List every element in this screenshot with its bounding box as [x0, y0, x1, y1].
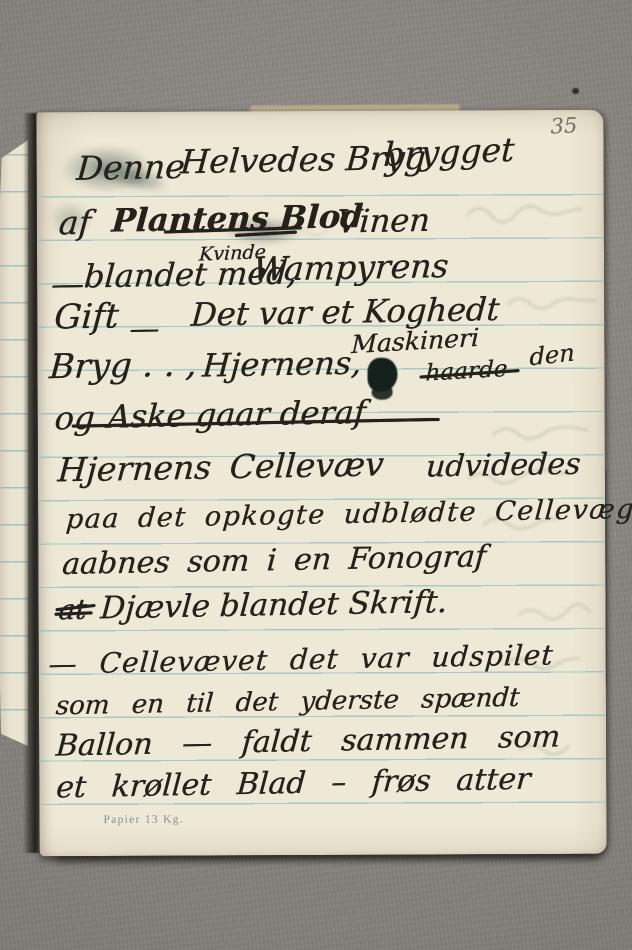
handwriting-fragment: et krøllet Blad – frøs atter — [55, 765, 531, 804]
felt-speck — [572, 88, 579, 94]
handwriting-fragment: aabnes som i en Fonograf — [61, 542, 487, 580]
photographed-notebook-scene: 35 Denne Helvedes Bryg brygget af Plante… — [0, 0, 632, 950]
notebook-page: 35 Denne Helvedes Bryg brygget af Plante… — [36, 110, 606, 856]
crossed-out-line: Aske gaar deraf — [106, 396, 366, 433]
page-number: 35 — [550, 113, 578, 138]
handwriting-fragment: Vinen — [336, 204, 431, 238]
handwriting-fragment: den — [529, 341, 575, 370]
superscript-word: Maskineri — [351, 325, 479, 357]
handwriting-fragment: Bryg . . , — [48, 348, 198, 385]
handwriting-fragment: — — [50, 267, 85, 301]
handwriting-fragment: Djævle blandet Skrift. — [99, 587, 448, 624]
handwriting-fragment: Hjernens Cellevæv — [57, 447, 385, 486]
handwriting-fragment: Wampyrens — [252, 249, 450, 286]
handwriting-fragment: Hjernens, — [201, 347, 362, 382]
handwriting-fragment: af — [58, 206, 92, 240]
handwriting-fragment: Ballon — faldt sammen som — [55, 722, 561, 761]
handwriting-fragment: Denne — [75, 150, 185, 185]
handwriting-fragment: og — [54, 402, 96, 435]
handwriting-fragment: — — [128, 314, 160, 345]
paper-weight-stamp: Papier 13 Kg. — [103, 814, 184, 826]
handwriting-fragment: brygget — [383, 133, 515, 171]
handwriting-fragment: udvidedes — [425, 450, 582, 483]
handwriting-fragment: Gift — [53, 299, 120, 334]
ink-blot-drip — [372, 385, 393, 400]
